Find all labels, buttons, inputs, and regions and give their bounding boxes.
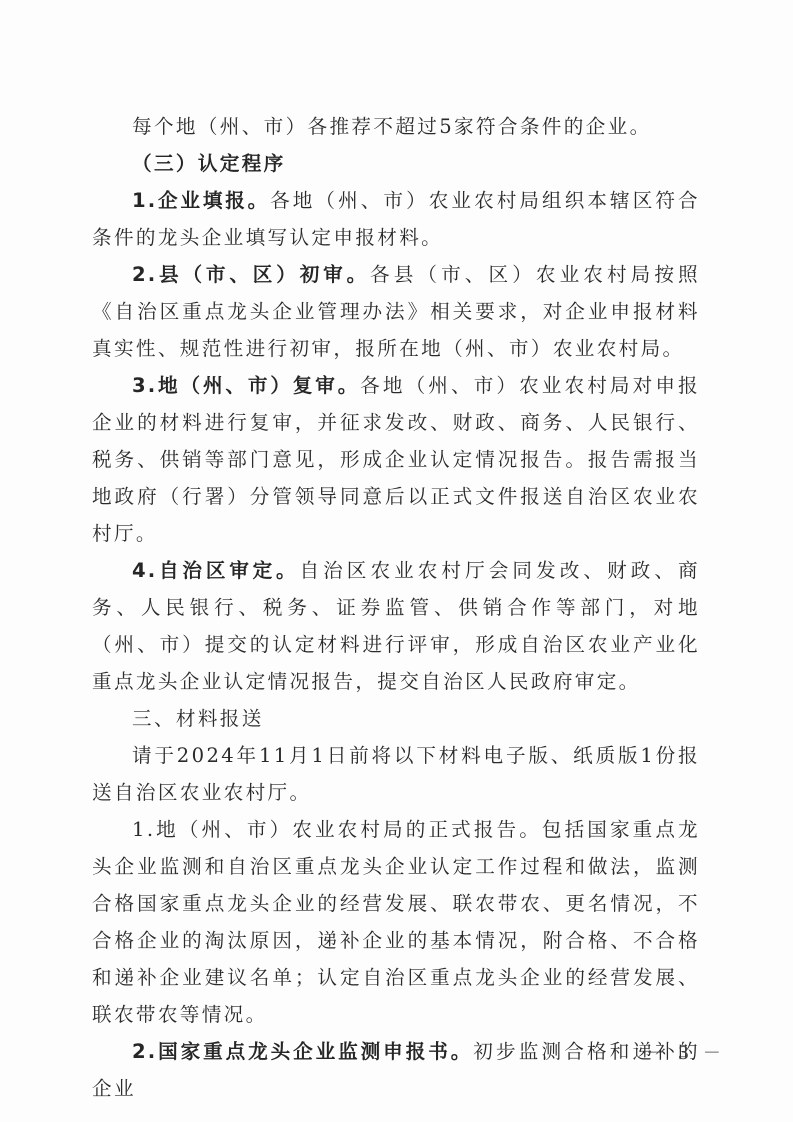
paragraph-step-4-region-approval: 4.自治区审定。自治区农业农村厅会同发改、财政、商务、人民银行、税务、证券监管、…	[92, 552, 700, 700]
section-heading-material-submission: 三、材料报送	[92, 700, 700, 737]
paragraph-step-3-prefecture-review: 3.地（州、市）复审。各地（州、市）农业农村局对申报企业的材料进行复审，并征求发…	[92, 367, 700, 552]
paragraph-lead: 1.企业填报。	[132, 189, 270, 212]
document-page: 每个地（州、市）各推荐不超过5家符合条件的企业。 （三）认定程序 1.企业填报。…	[0, 0, 793, 1122]
paragraph-item-1-official-report: 1.地（州、市）农业农村局的正式报告。包括国家重点龙头企业监测和自治区重点龙头企…	[92, 811, 700, 1033]
page-number: － 3 －	[646, 1039, 725, 1065]
paragraph-step-1-enterprise-filing: 1.企业填报。各地（州、市）农业农村局组织本辖区符合条件的龙头企业填写认定申报材…	[92, 182, 700, 256]
paragraph-lead: 2.国家重点龙头企业监测申报书。	[132, 1040, 473, 1063]
paragraph-text: 1.地（州、市）农业农村局的正式报告。包括国家重点龙头企业监测和自治区重点龙头企…	[92, 818, 700, 1026]
paragraph-submission-deadline: 请于2024年11月1日前将以下材料电子版、纸质版1份报送自治区农业农村厅。	[92, 737, 700, 811]
paragraph-step-2-county-review: 2.县（市、区）初审。各县（市、区）农业农村局按照《自治区重点龙头企业管理办法》…	[92, 256, 700, 367]
paragraph-lead: 3.地（州、市）复审。	[132, 374, 360, 397]
paragraph-lead: 2.县（市、区）初审。	[132, 263, 370, 286]
paragraph-text: 每个地（州、市）各推荐不超过5家符合条件的企业。	[132, 115, 652, 138]
paragraph-lead: 4.自治区审定。	[132, 559, 299, 582]
paragraph-item-2-monitoring-application: 2.国家重点龙头企业监测申报书。初步监测合格和递补的企业	[92, 1033, 700, 1107]
paragraph-recommendation-limit: 每个地（州、市）各推荐不超过5家符合条件的企业。	[92, 108, 700, 145]
paragraph-text: 各地（州、市）农业农村局对申报企业的材料进行复审，并征求发改、财政、商务、人民银…	[92, 374, 700, 545]
section-heading-certification-procedure: （三）认定程序	[92, 145, 700, 182]
paragraph-text: 请于2024年11月1日前将以下材料电子版、纸质版1份报送自治区农业农村厅。	[92, 744, 700, 804]
document-body: 每个地（州、市）各推荐不超过5家符合条件的企业。 （三）认定程序 1.企业填报。…	[92, 108, 700, 1107]
